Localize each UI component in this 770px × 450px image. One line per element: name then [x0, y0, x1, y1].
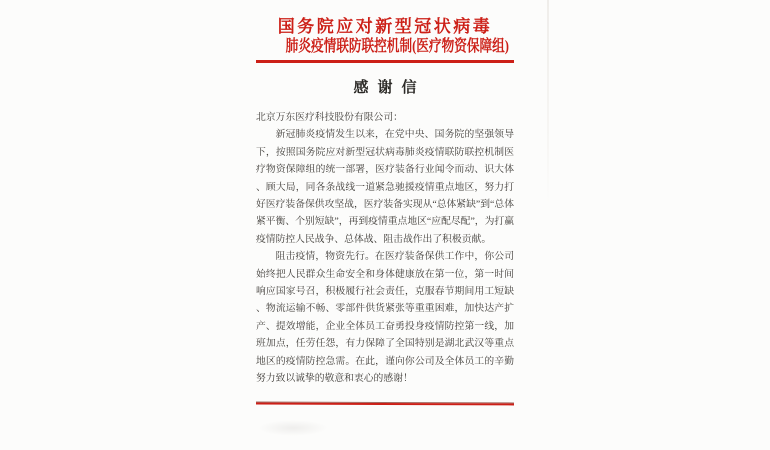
letter-paragraph: 阻击疫情，物资先行。在医疗装备保供工作中，你公司始终把人民群众生命安全和身体健康…	[256, 248, 514, 387]
letterhead-divider-rule	[256, 60, 514, 63]
scan-edge-artifact	[547, 0, 549, 205]
letterhead-line2-text: 肺炎疫情联防联控机制(医疗物资保障组)	[286, 37, 509, 56]
scanned-letter-page: 国务院应对新型冠状病毒 肺炎疫情联防联控机制(医疗物资保障组) 感谢信 北京万东…	[0, 0, 770, 450]
letterhead-line1: 国务院应对新型冠状病毒	[256, 17, 514, 37]
footer-rule	[256, 402, 514, 406]
letterhead-line2: 肺炎疫情联防联控机制(医疗物资保障组)	[256, 37, 514, 56]
letter-title: 感谢信	[256, 76, 514, 97]
letter-paragraph: 新冠肺炎疫情发生以来，在党中央、国务院的坚强领导下，按照国务院应对新型冠状病毒肺…	[256, 126, 514, 248]
letter: 国务院应对新型冠状病毒 肺炎疫情联防联控机制(医疗物资保障组) 感谢信 北京万东…	[256, 0, 514, 450]
letter-body: 北京万东医疗科技股份有限公司： 新冠肺炎疫情发生以来，在党中央、国务院的坚强领导…	[256, 109, 514, 388]
recipient-line: 北京万东医疗科技股份有限公司：	[256, 109, 514, 126]
